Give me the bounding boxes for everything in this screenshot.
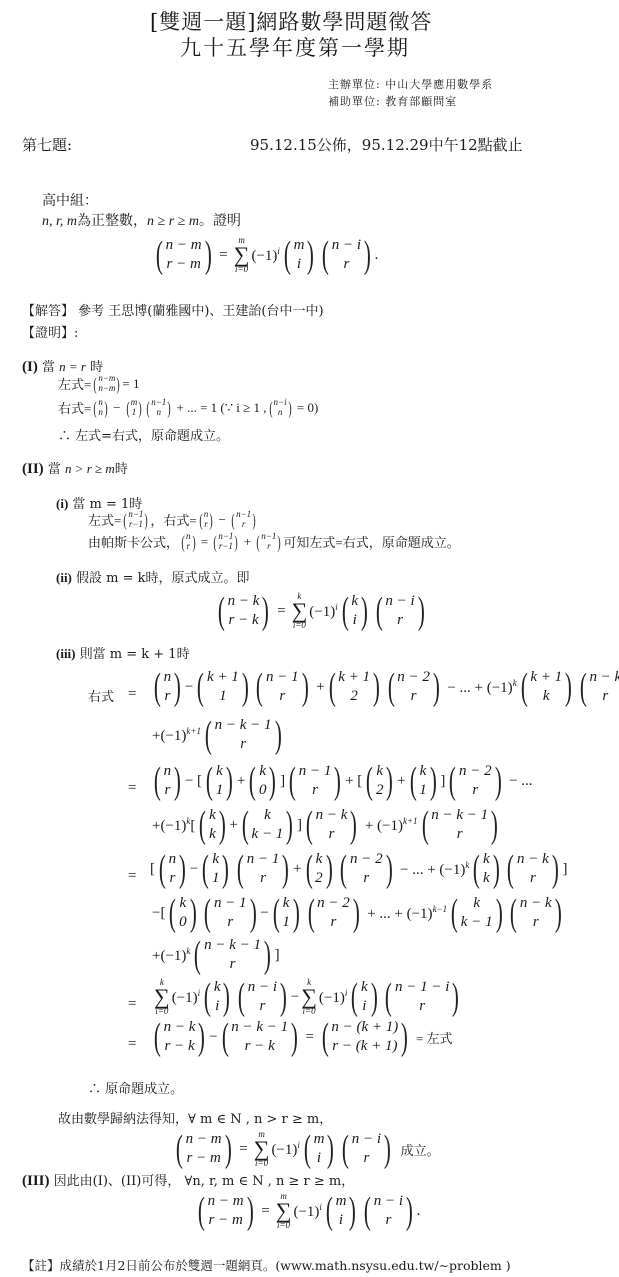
rhs-label: 右式 bbox=[88, 686, 114, 705]
statement-prove: 。證明 bbox=[199, 213, 241, 229]
footnote: 【註】成績於1月2日前公布於雙週一題網頁。(www.math.nsysu.edu… bbox=[22, 1256, 511, 1274]
derivation-line-1: (nr) − (k + 11) (n − 1r) + (k + 12) (n −… bbox=[150, 668, 619, 706]
group-label: 高中組： bbox=[42, 190, 98, 210]
eq-one: = 1 bbox=[122, 376, 139, 392]
problem-statement: n, r, m為正整數，n ≥ r ≥ m。證明 bbox=[42, 210, 241, 230]
part1-left: 左式= (n−mn−m) = 1 bbox=[58, 374, 140, 393]
statement-vars: n, r, m bbox=[42, 214, 77, 229]
induction-text: 故由數學歸納法得知，∀ m ∈ N , n > r ≥ m， bbox=[58, 1108, 332, 1127]
part1-conclusion: ∴ 左式=右式，原命題成立。 bbox=[58, 425, 229, 444]
main-identity: (n − mr − m) = m∑i=0 (−1)i (mi) (n − ir)… bbox=[152, 236, 378, 274]
derivation-line-8: k∑i=0 (−1)i (ki) (n − ir) − k∑i=0 (−1)i … bbox=[152, 978, 463, 1016]
part1-right: 右式= (nn) − (m1) (n−1n) + ... = 1 (∵ i ≥ … bbox=[58, 398, 318, 417]
final-identity: (n − mr − m) = m∑i=0 (−1)i (mi) (n − ir)… bbox=[194, 1192, 420, 1230]
left-label: 左式= bbox=[58, 374, 91, 393]
sub-iii-label: (iii) bbox=[56, 646, 76, 661]
sub-iii-conclusion: ∴ 原命題成立。 bbox=[88, 1078, 183, 1097]
part3-label: (III) bbox=[22, 1173, 50, 1189]
derivation-line-4: +(−1)k[ (kk) + (kk − 1)] (n − kr) + (−1)… bbox=[152, 806, 502, 844]
part2-header: (II) 當 n > r ≥ m時 bbox=[22, 458, 128, 478]
induction-identity: (n − mr − m) = m∑i=0 (−1)i (mi) (n − ir)… bbox=[172, 1130, 440, 1168]
sub-ii-label: (ii) bbox=[56, 570, 72, 585]
co-organizer: 補助單位: 教育部顧問室 bbox=[328, 93, 457, 109]
part2-label: (II) bbox=[22, 461, 44, 477]
eq-sign: = bbox=[128, 1036, 136, 1053]
pascal-label: 由帕斯卡公式， bbox=[88, 532, 179, 551]
right-tail-end: = 0) bbox=[297, 400, 318, 416]
derivation-line-7: +(−1)k (n − k − 1r)] bbox=[152, 936, 280, 974]
statement-condition: n ≥ r ≥ m bbox=[147, 214, 199, 229]
semester-title: 九十五學年度第一學期 bbox=[180, 32, 410, 62]
answer-label: 【解答】 bbox=[22, 304, 74, 319]
part3-header: (III) 因此由(I)、(II)可得， ∀n, r, m ∈ N , n ≥ … bbox=[22, 1170, 354, 1190]
derivation-line-6: −[ (k0) (n − 1r) − (k1) (n − 2r) + ... +… bbox=[152, 894, 565, 932]
part3-text: 因此由(I)、(II)可得， ∀n, r, m ∈ N , n ≥ r ≥ m， bbox=[54, 1174, 355, 1189]
sub-iii-text: 則當 m = k + 1時 bbox=[80, 647, 190, 662]
sub-i-sides: 左式= (n−1r−1) ，右式= (nr) − (n−1r) bbox=[88, 510, 258, 529]
sub-ii-text: 假設 m = k時，原式成立。即 bbox=[76, 571, 250, 586]
holds-text: 成立。 bbox=[401, 1140, 440, 1159]
sub-ii-header: (ii) 假設 m = k時，原式成立。即 bbox=[56, 567, 250, 586]
eq-sign: = bbox=[128, 780, 136, 797]
part1-label: (I) bbox=[22, 359, 38, 375]
problem-number: 第七題: bbox=[22, 134, 72, 155]
part2-case: 當 bbox=[48, 462, 61, 477]
hypothesis-identity: (n − kr − k) = k∑i=0 (−1)i (ki) (n − ir) bbox=[214, 592, 428, 630]
sub-i-label: (i) bbox=[56, 496, 68, 511]
answer-credit-text: 參考 王思博(蘭雅國中)、王建詒(台中一中) bbox=[78, 304, 323, 319]
derivation-line-5: [ (nr) − (k1) (n − 1r) + (k2) (n − 2r) −… bbox=[150, 850, 567, 888]
organizer: 主辦單位: 中山大學應用數學系 bbox=[328, 76, 493, 92]
eq-sign: = bbox=[128, 996, 136, 1013]
derivation-line-2: +(−1)k+1 (n − k − 1r) bbox=[152, 716, 285, 754]
proof-label: 【證明】: bbox=[22, 322, 78, 341]
derivation-line-3: (nr) − [ (k1) + (k0)] (n − 1r) + [ (k2) … bbox=[150, 762, 533, 800]
eq-sign: = bbox=[128, 686, 136, 703]
final-left: = 左式 bbox=[416, 1028, 453, 1047]
pascal-end: 可知左式=右式，原命題成立。 bbox=[283, 532, 459, 551]
right-label: 右式= bbox=[58, 398, 91, 417]
part1-case: 當 bbox=[42, 360, 55, 375]
eq-sign: = bbox=[128, 868, 136, 885]
sub-iii-header: (iii) 則當 m = k + 1時 bbox=[56, 643, 190, 662]
part1-case-math: n = r bbox=[59, 359, 86, 374]
sub-i-right: ，右式= bbox=[150, 510, 196, 529]
part2-case-end: 時 bbox=[115, 462, 128, 477]
sub-i-pascal: 由帕斯卡公式， (nr) = (n−1r−1) + (n−1r) 可知左式=右式… bbox=[88, 532, 460, 551]
derivation-line-9: (n − kr − k) − (n − k − 1r − k) = (n − (… bbox=[150, 1018, 453, 1056]
sub-i-left: 左式= bbox=[88, 510, 121, 529]
statement-text: 為正整數， bbox=[77, 213, 147, 229]
problem-dates: 95.12.15公佈，95.12.29中午12點截止 bbox=[250, 134, 523, 155]
part2-case-math: n > r ≥ m bbox=[65, 461, 115, 476]
answer-credit: 【解答】 參考 王思博(蘭雅國中)、王建詒(台中一中) bbox=[22, 300, 324, 319]
part1-header: (I) 當 n = r 時 bbox=[22, 356, 103, 376]
right-tail: + ... = 1 (∵ i ≥ 1 , bbox=[177, 400, 267, 416]
